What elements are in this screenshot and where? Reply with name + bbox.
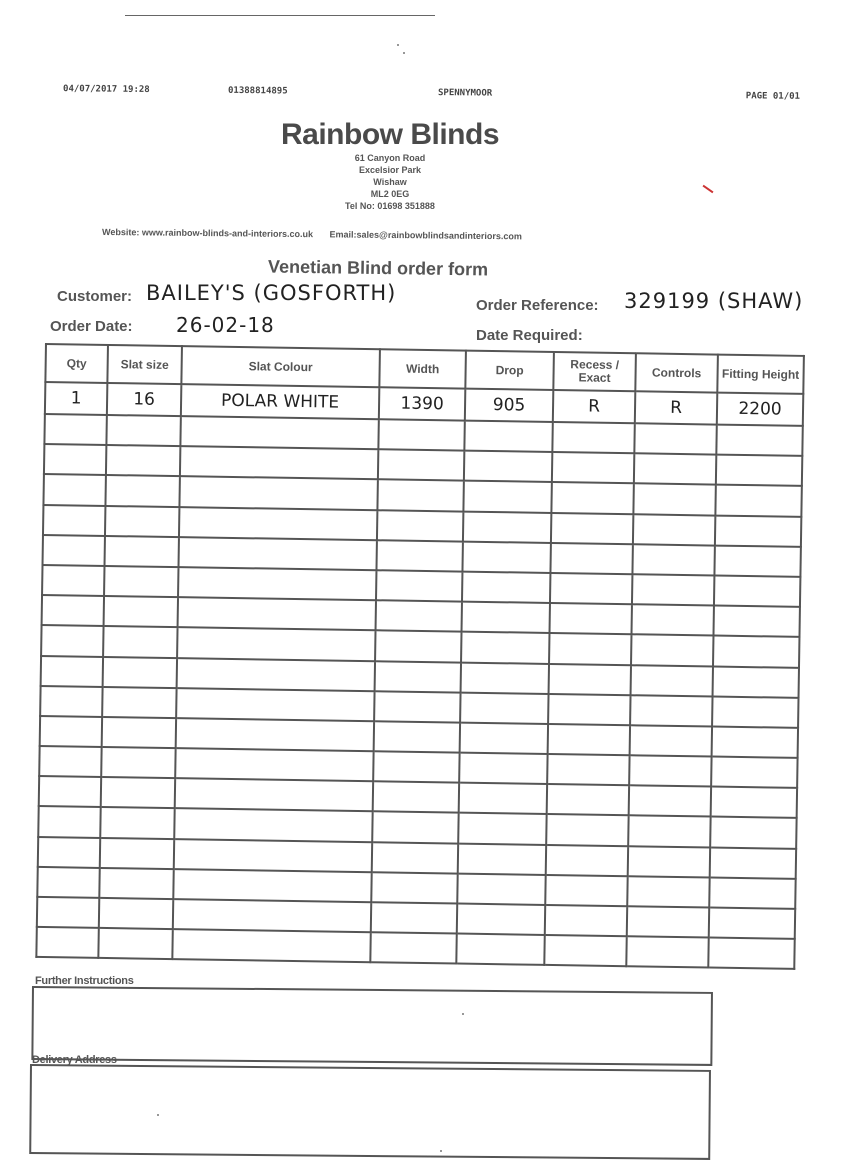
column-header-controls: Controls (635, 353, 718, 392)
cell-controls[interactable] (632, 574, 714, 605)
cell-controls[interactable]: R (635, 391, 717, 424)
cell-width[interactable] (372, 812, 458, 844)
company-name: Rainbow Blinds (240, 118, 540, 152)
cell-drop[interactable] (463, 511, 551, 543)
cell-recess-exact[interactable] (546, 845, 628, 876)
cell-recess-exact[interactable] (551, 513, 633, 544)
column-header-slat-colour: Slat Colour (181, 346, 380, 387)
cell-qty[interactable]: 1 (45, 382, 107, 415)
cell-slat-colour[interactable] (174, 809, 372, 842)
cell-controls[interactable] (630, 695, 712, 726)
scan-speck (440, 1150, 442, 1152)
cell-fitting-height[interactable] (709, 877, 795, 909)
cell-qty[interactable] (40, 716, 102, 747)
cell-slat-size[interactable] (100, 807, 174, 838)
cell-fitting-height[interactable]: 2200 (717, 393, 803, 426)
scan-speck (403, 52, 405, 54)
cell-slat-colour[interactable] (173, 899, 371, 932)
cell-controls[interactable] (628, 846, 710, 877)
cell-drop[interactable] (459, 753, 547, 785)
cell-slat-size[interactable] (104, 566, 178, 597)
cell-recess-exact[interactable]: R (553, 390, 635, 423)
cell-recess-exact[interactable] (548, 724, 630, 755)
fax-header: 04/07/2017 19:28 01388814895 SPENNYMOOR … (63, 84, 800, 106)
company-email: Email:sales@rainbowblindsandinteriors.co… (329, 229, 521, 241)
address-line: Excelsior Park (240, 164, 540, 176)
cell-qty[interactable] (43, 505, 105, 536)
column-header-fitting-height: Fitting Height (717, 355, 804, 394)
cell-slat-colour[interactable] (179, 507, 377, 540)
cell-drop[interactable]: 905 (465, 389, 553, 422)
cell-recess-exact[interactable] (548, 694, 630, 725)
cell-fitting-height[interactable] (713, 606, 799, 638)
cell-recess-exact[interactable] (549, 663, 631, 694)
cell-slat-colour[interactable] (180, 446, 378, 479)
cell-qty[interactable] (42, 565, 104, 596)
cell-drop[interactable] (462, 541, 550, 573)
cell-fitting-height[interactable] (713, 666, 799, 698)
cell-slat-colour[interactable] (178, 567, 376, 600)
cell-slat-colour[interactable] (175, 748, 373, 781)
cell-drop[interactable] (463, 481, 551, 513)
cell-drop[interactable] (460, 722, 548, 754)
cell-slat-size[interactable] (106, 415, 180, 446)
cell-width[interactable] (376, 570, 462, 602)
cell-slat-colour[interactable] (175, 778, 373, 811)
cell-fitting-height[interactable] (715, 515, 801, 547)
cell-qty[interactable] (39, 776, 101, 807)
cell-width[interactable] (376, 540, 462, 572)
cell-controls[interactable] (631, 665, 713, 696)
column-header-recess-exact: Recess / Exact (553, 352, 636, 391)
cell-width[interactable] (375, 661, 461, 693)
cell-recess-exact[interactable] (551, 482, 633, 513)
cell-width[interactable] (371, 902, 457, 934)
cell-slat-size[interactable] (106, 445, 180, 476)
cell-qty[interactable] (43, 535, 105, 566)
cell-controls[interactable] (626, 936, 708, 967)
cell-qty[interactable] (38, 837, 100, 868)
fax-location: SPENNYMOOR (438, 88, 492, 99)
cell-width[interactable] (373, 781, 459, 813)
scan-speck (462, 1013, 464, 1015)
order-table-body: 116POLAR WHITE1390905RR2200 (36, 382, 803, 969)
cell-slat-size[interactable] (99, 898, 173, 929)
fax-number: 01388814895 (228, 86, 288, 97)
cell-width[interactable] (372, 842, 458, 874)
company-contact: Website: www.rainbow-blinds-and-interior… (102, 227, 682, 243)
cell-slat-colour[interactable] (174, 839, 372, 872)
cell-width[interactable] (378, 449, 464, 481)
cell-fitting-height[interactable] (712, 696, 798, 728)
company-header: Rainbow Blinds 61 Canyon Road Excelsior … (240, 118, 540, 212)
cell-qty[interactable] (44, 414, 106, 445)
cell-controls[interactable] (629, 785, 711, 816)
cell-controls[interactable] (631, 604, 713, 635)
cell-qty[interactable] (40, 686, 102, 717)
cell-controls[interactable] (627, 876, 709, 907)
cell-slat-colour[interactable] (173, 869, 371, 902)
cell-slat-size[interactable] (102, 717, 176, 748)
cell-controls[interactable] (631, 635, 713, 666)
column-header-qty: Qty (45, 344, 108, 383)
cell-qty[interactable] (41, 655, 103, 686)
cell-recess-exact[interactable] (547, 784, 629, 815)
cell-slat-size[interactable] (98, 928, 172, 959)
cell-controls[interactable] (627, 906, 709, 937)
cell-drop[interactable] (461, 632, 549, 664)
cell-controls[interactable] (634, 453, 716, 484)
cell-recess-exact[interactable] (547, 754, 629, 785)
cell-recess-exact[interactable] (550, 543, 632, 574)
cell-slat-size[interactable] (102, 687, 176, 718)
order-reference-label: Order Reference: (476, 297, 599, 314)
cell-recess-exact[interactable] (552, 452, 634, 483)
address-line: ML2 0EG (240, 188, 540, 200)
customer-field[interactable]: BAILEY'S (GOSFORTH) (146, 281, 396, 305)
cell-slat-size[interactable] (105, 506, 179, 537)
cell-width[interactable] (376, 600, 462, 632)
cell-qty[interactable] (38, 806, 100, 837)
cell-fitting-height[interactable] (714, 545, 800, 577)
cell-fitting-height[interactable] (710, 847, 796, 879)
scan-speck (397, 44, 399, 46)
cell-fitting-height[interactable] (716, 455, 802, 487)
cell-drop[interactable] (461, 662, 549, 694)
cell-slat-size[interactable] (105, 475, 179, 506)
cell-qty[interactable] (39, 746, 101, 777)
column-header-drop: Drop (465, 351, 554, 390)
order-table-wrapper: Qty Slat size Slat Colour Width Drop Rec… (35, 343, 805, 970)
column-header-width: Width (379, 349, 466, 388)
cell-fitting-height[interactable] (708, 938, 794, 970)
customer-label: Customer: (57, 288, 132, 305)
cell-slat-colour[interactable] (180, 416, 378, 449)
fax-page: PAGE 01/01 (746, 91, 800, 102)
address-line: 61 Canyon Road (240, 152, 540, 164)
cell-drop[interactable] (456, 934, 544, 966)
cell-controls[interactable] (630, 725, 712, 756)
stray-mark (703, 185, 714, 194)
cell-slat-colour[interactable]: POLAR WHITE (181, 384, 379, 419)
cell-recess-exact[interactable] (552, 422, 634, 453)
cell-drop[interactable] (464, 421, 552, 453)
cell-fitting-height[interactable] (711, 757, 797, 789)
order-date-label: Order Date: (50, 318, 133, 335)
cell-controls[interactable] (632, 544, 714, 575)
cell-width[interactable] (374, 721, 460, 753)
cell-controls[interactable] (629, 755, 711, 786)
company-tel: Tel No: 01698 351888 (240, 200, 540, 212)
cell-qty[interactable] (43, 474, 105, 505)
cell-slat-colour[interactable] (177, 658, 375, 691)
form-title: Venetian Blind order form (268, 256, 488, 280)
cell-recess-exact[interactable] (550, 603, 632, 634)
cell-slat-size[interactable] (101, 747, 175, 778)
order-table: Qty Slat size Slat Colour Width Drop Rec… (35, 343, 805, 970)
delivery-address-field[interactable] (29, 1064, 711, 1160)
date-required-label: Date Required: (476, 327, 583, 344)
cell-slat-colour[interactable] (179, 477, 377, 510)
cell-qty[interactable] (42, 595, 104, 626)
cell-width[interactable] (375, 631, 461, 663)
cell-fitting-height[interactable] (712, 726, 798, 758)
cell-recess-exact[interactable] (544, 935, 626, 966)
cell-width[interactable] (373, 751, 459, 783)
scan-speck (157, 1114, 159, 1116)
cell-width[interactable] (377, 510, 463, 542)
cell-controls[interactable] (633, 484, 715, 515)
cell-qty[interactable] (37, 867, 99, 898)
cell-qty[interactable] (41, 625, 103, 656)
cell-width[interactable] (371, 872, 457, 904)
cell-slat-colour[interactable] (176, 688, 374, 721)
cell-fitting-height[interactable] (713, 636, 799, 668)
cell-slat-colour[interactable] (177, 627, 375, 660)
cell-recess-exact[interactable] (546, 814, 628, 845)
cell-controls[interactable] (634, 423, 716, 454)
cell-slat-colour[interactable] (176, 718, 374, 751)
cell-slat-colour[interactable] (178, 537, 376, 570)
cell-width[interactable]: 1390 (379, 387, 465, 420)
fax-datetime: 04/07/2017 19:28 (63, 84, 150, 95)
column-header-slat-size: Slat size (107, 345, 182, 384)
cell-drop[interactable] (458, 813, 546, 845)
address-line: Wishaw (240, 176, 540, 188)
cell-recess-exact[interactable] (545, 905, 627, 936)
cell-slat-size[interactable] (104, 596, 178, 627)
cell-controls[interactable] (633, 514, 715, 545)
folded-corner (0, 0, 130, 140)
cell-slat-size[interactable] (100, 838, 174, 869)
cell-fitting-height[interactable] (711, 787, 797, 819)
cell-drop[interactable] (464, 451, 552, 483)
cell-slat-size[interactable] (101, 777, 175, 808)
cell-fitting-height[interactable] (714, 575, 800, 607)
cell-slat-colour[interactable] (172, 929, 370, 962)
cell-slat-size[interactable] (105, 536, 179, 567)
cell-controls[interactable] (628, 816, 710, 847)
cell-drop[interactable] (459, 783, 547, 815)
cell-slat-size[interactable]: 16 (107, 383, 181, 416)
cell-slat-size[interactable] (103, 656, 177, 687)
cell-width[interactable] (370, 932, 456, 964)
order-date-field[interactable]: 26-02-18 (176, 313, 275, 337)
cell-slat-size[interactable] (99, 868, 173, 899)
cell-fitting-height[interactable] (709, 908, 795, 940)
page-edge (125, 15, 435, 16)
cell-slat-size[interactable] (103, 626, 177, 657)
cell-recess-exact[interactable] (550, 573, 632, 604)
cell-drop[interactable] (458, 843, 546, 875)
cell-width[interactable] (374, 691, 460, 723)
cell-qty[interactable] (44, 444, 106, 475)
cell-recess-exact[interactable] (549, 633, 631, 664)
cell-width[interactable] (377, 480, 463, 512)
cell-qty[interactable] (37, 897, 99, 928)
cell-fitting-height[interactable] (715, 485, 801, 517)
cell-drop[interactable] (462, 572, 550, 604)
cell-drop[interactable] (457, 904, 545, 936)
company-website: Website: www.rainbow-blinds-and-interior… (102, 227, 313, 239)
cell-qty[interactable] (36, 927, 98, 958)
cell-recess-exact[interactable] (545, 875, 627, 906)
cell-width[interactable] (378, 419, 464, 451)
cell-fitting-height[interactable] (710, 817, 796, 849)
cell-drop[interactable] (457, 873, 545, 905)
cell-slat-colour[interactable] (178, 597, 376, 630)
cell-drop[interactable] (462, 602, 550, 634)
cell-drop[interactable] (460, 692, 548, 724)
order-reference-field[interactable]: 329199 (SHAW) (624, 289, 803, 313)
further-instructions-field[interactable] (31, 986, 713, 1066)
cell-fitting-height[interactable] (716, 425, 802, 457)
